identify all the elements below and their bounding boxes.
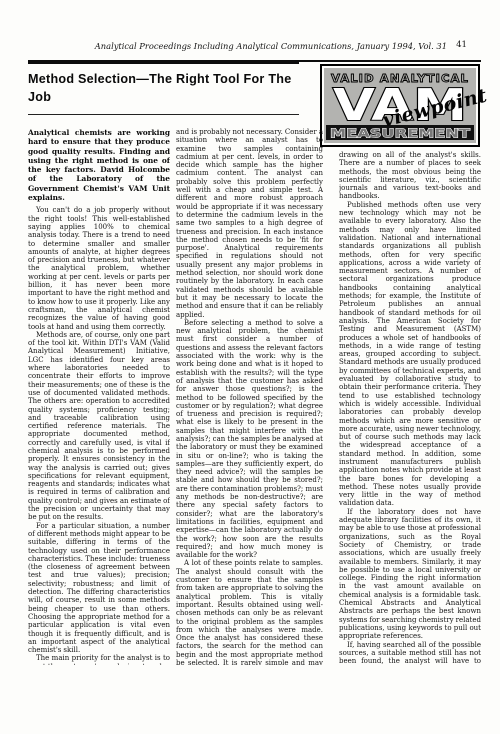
- paragraph: Published methods often use very new tec…: [339, 201, 481, 508]
- paragraph: If the laboratory does not have adequate…: [339, 508, 481, 641]
- article-title: Method Selection—The Right Tool For The …: [28, 70, 314, 106]
- paragraph: The main priority for the analyst is to …: [28, 654, 170, 665]
- page-number: 41: [456, 40, 467, 50]
- title-rule-thick: [28, 60, 299, 64]
- paragraph-continuation: drawing on all of the analyst's skills. …: [339, 151, 481, 201]
- paragraph: Before selecting a method to solve a new…: [176, 319, 323, 560]
- text-column-2: and is probably not necessary. Consider …: [176, 128, 323, 665]
- header-rule-thin: [299, 60, 481, 62]
- paragraph: Methods are, of course, only one part of…: [28, 331, 170, 522]
- journal-citation: Analytical Proceedings Including Analyti…: [95, 41, 447, 51]
- journal-page: Analytical Proceedings Including Analyti…: [0, 0, 500, 734]
- text-column-1: Analytical chemists are working hard to …: [28, 128, 170, 665]
- paragraph: You can't do a job properly without the …: [28, 206, 170, 330]
- text-column-3: drawing on all of the analyst's skills. …: [339, 151, 481, 665]
- vam-logo-bottom-text: MEASUREMENT: [330, 127, 471, 141]
- paragraph: A lot of these points relate to samples.…: [176, 559, 323, 665]
- paragraph: For a particular situation, a number of …: [28, 522, 170, 655]
- title-rule-bottom: [28, 114, 299, 115]
- paragraph-continuation: and is probably not necessary. Consider …: [176, 128, 323, 319]
- paragraph: If, having searched all of the possible …: [339, 641, 481, 665]
- standfirst: Analytical chemists are working hard to …: [28, 128, 170, 202]
